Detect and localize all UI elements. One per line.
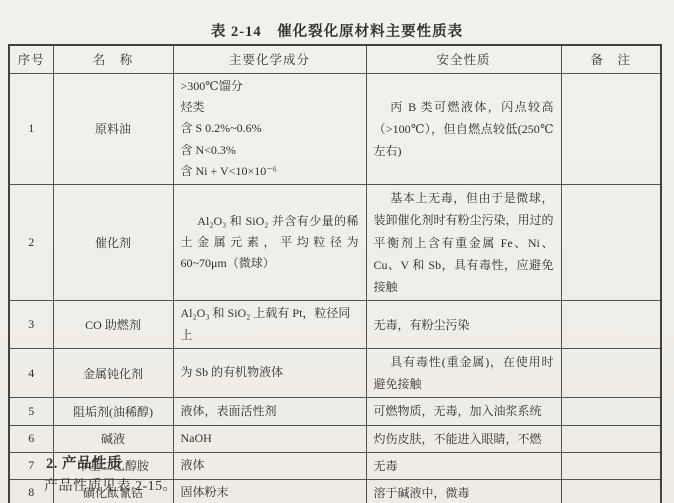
scanned-document-page: 表 2-14 催化裂化原材料主要性质表 序号 名 称 主要化学成分 安全性质 备… (0, 0, 674, 503)
cell-remark (561, 425, 661, 452)
header-remarks: 备 注 (561, 45, 661, 73)
cell-safety: 基本上无毒，但由于是微球，装卸催化剂时有粉尘污染，用过的平衡剂上含有重金属 Fe… (366, 185, 561, 301)
cell-serial: 2 (9, 185, 53, 301)
cell-safety: 具有毒性(重金属)，在使用时避免接触 (366, 348, 561, 397)
cell-safety: 丙 B 类可燃液体，闪点较高（>100℃），但自燃点较低(250℃左右) (366, 73, 561, 185)
cell-safety: 溶于碱液中，微毒 (366, 479, 561, 503)
cell-remark (561, 348, 661, 397)
cell-remark (561, 185, 661, 301)
table-row: 4 金属钝化剂 为 Sb 的有机物液体 具有毒性(重金属)，在使用时避免接触 (9, 348, 661, 397)
properties-table: 序号 名 称 主要化学成分 安全性质 备 注 1 原料油 >300℃馏分 烃类 … (8, 44, 662, 503)
table-title: 表 2-14 催化裂化原材料主要性质表 (0, 20, 674, 41)
cell-composition: 为 Sb 的有机物液体 (173, 348, 366, 397)
cell-safety: 灼伤皮肤，不能进入眼睛，不燃 (366, 425, 561, 452)
cell-serial: 6 (9, 425, 53, 452)
cell-name: CO 助燃剂 (53, 301, 173, 349)
cell-serial: 4 (9, 348, 53, 397)
header-safety-properties: 安全性质 (366, 45, 561, 73)
section-reference-text: 产品性质见表 2-15。 (44, 475, 177, 495)
table-row: 1 原料油 >300℃馏分 烃类 含 S 0.2%~0.6% 含 N<0.3% … (9, 73, 661, 185)
cell-composition: Al₂O₃ 和 SiO₂ 上载有 Pt，粒径同上 (173, 301, 366, 349)
cell-remark (561, 301, 661, 349)
cell-remark (561, 452, 661, 479)
header-name: 名 称 (53, 45, 173, 73)
cell-composition: 液体，表面活性剂 (173, 398, 366, 425)
table-header-row: 序号 名 称 主要化学成分 安全性质 备 注 (9, 45, 661, 73)
cell-serial: 1 (9, 73, 53, 185)
cell-safety: 无毒，有粉尘污染 (366, 301, 561, 349)
cell-name: 原料油 (53, 73, 173, 185)
cell-safety: 可燃物质，无毒，加入油浆系统 (366, 398, 561, 425)
header-chemical-composition: 主要化学成分 (173, 45, 366, 73)
table-row: 2 催化剂 Al₂O₃ 和 SiO₂ 并含有少量的稀土金属元素，平均粒径为 60… (9, 185, 661, 301)
cell-name: 金属钝化剂 (53, 348, 173, 397)
cell-composition: 液体 (173, 452, 366, 479)
cell-composition: NaOH (173, 425, 366, 452)
table-row: 6 碱液 NaOH 灼伤皮肤，不能进入眼睛，不燃 (9, 425, 661, 452)
cell-name: 碱液 (53, 425, 173, 452)
cell-remark (561, 479, 661, 503)
cell-composition: 固体粉末 (173, 479, 366, 503)
cell-composition: Al₂O₃ 和 SiO₂ 并含有少量的稀土金属元素，平均粒径为 60~70μm（… (173, 185, 366, 301)
table-row: 3 CO 助燃剂 Al₂O₃ 和 SiO₂ 上载有 Pt，粒径同上 无毒，有粉尘… (9, 301, 661, 349)
cell-safety: 无毒 (366, 452, 561, 479)
header-serial-number: 序号 (9, 45, 53, 73)
cell-composition: >300℃馏分 烃类 含 S 0.2%~0.6% 含 N<0.3% 含 Ni +… (173, 73, 366, 185)
cell-name: 催化剂 (53, 185, 173, 301)
cell-name: 阻垢剂(油稀醇) (53, 398, 173, 425)
cell-remark (561, 398, 661, 425)
section-heading: 2. 产品性质 (46, 452, 122, 473)
table-row: 5 阻垢剂(油稀醇) 液体，表面活性剂 可燃物质，无毒，加入油浆系统 (9, 398, 661, 425)
cell-remark (561, 73, 661, 185)
cell-serial: 5 (9, 398, 53, 425)
cell-serial: 3 (9, 301, 53, 349)
